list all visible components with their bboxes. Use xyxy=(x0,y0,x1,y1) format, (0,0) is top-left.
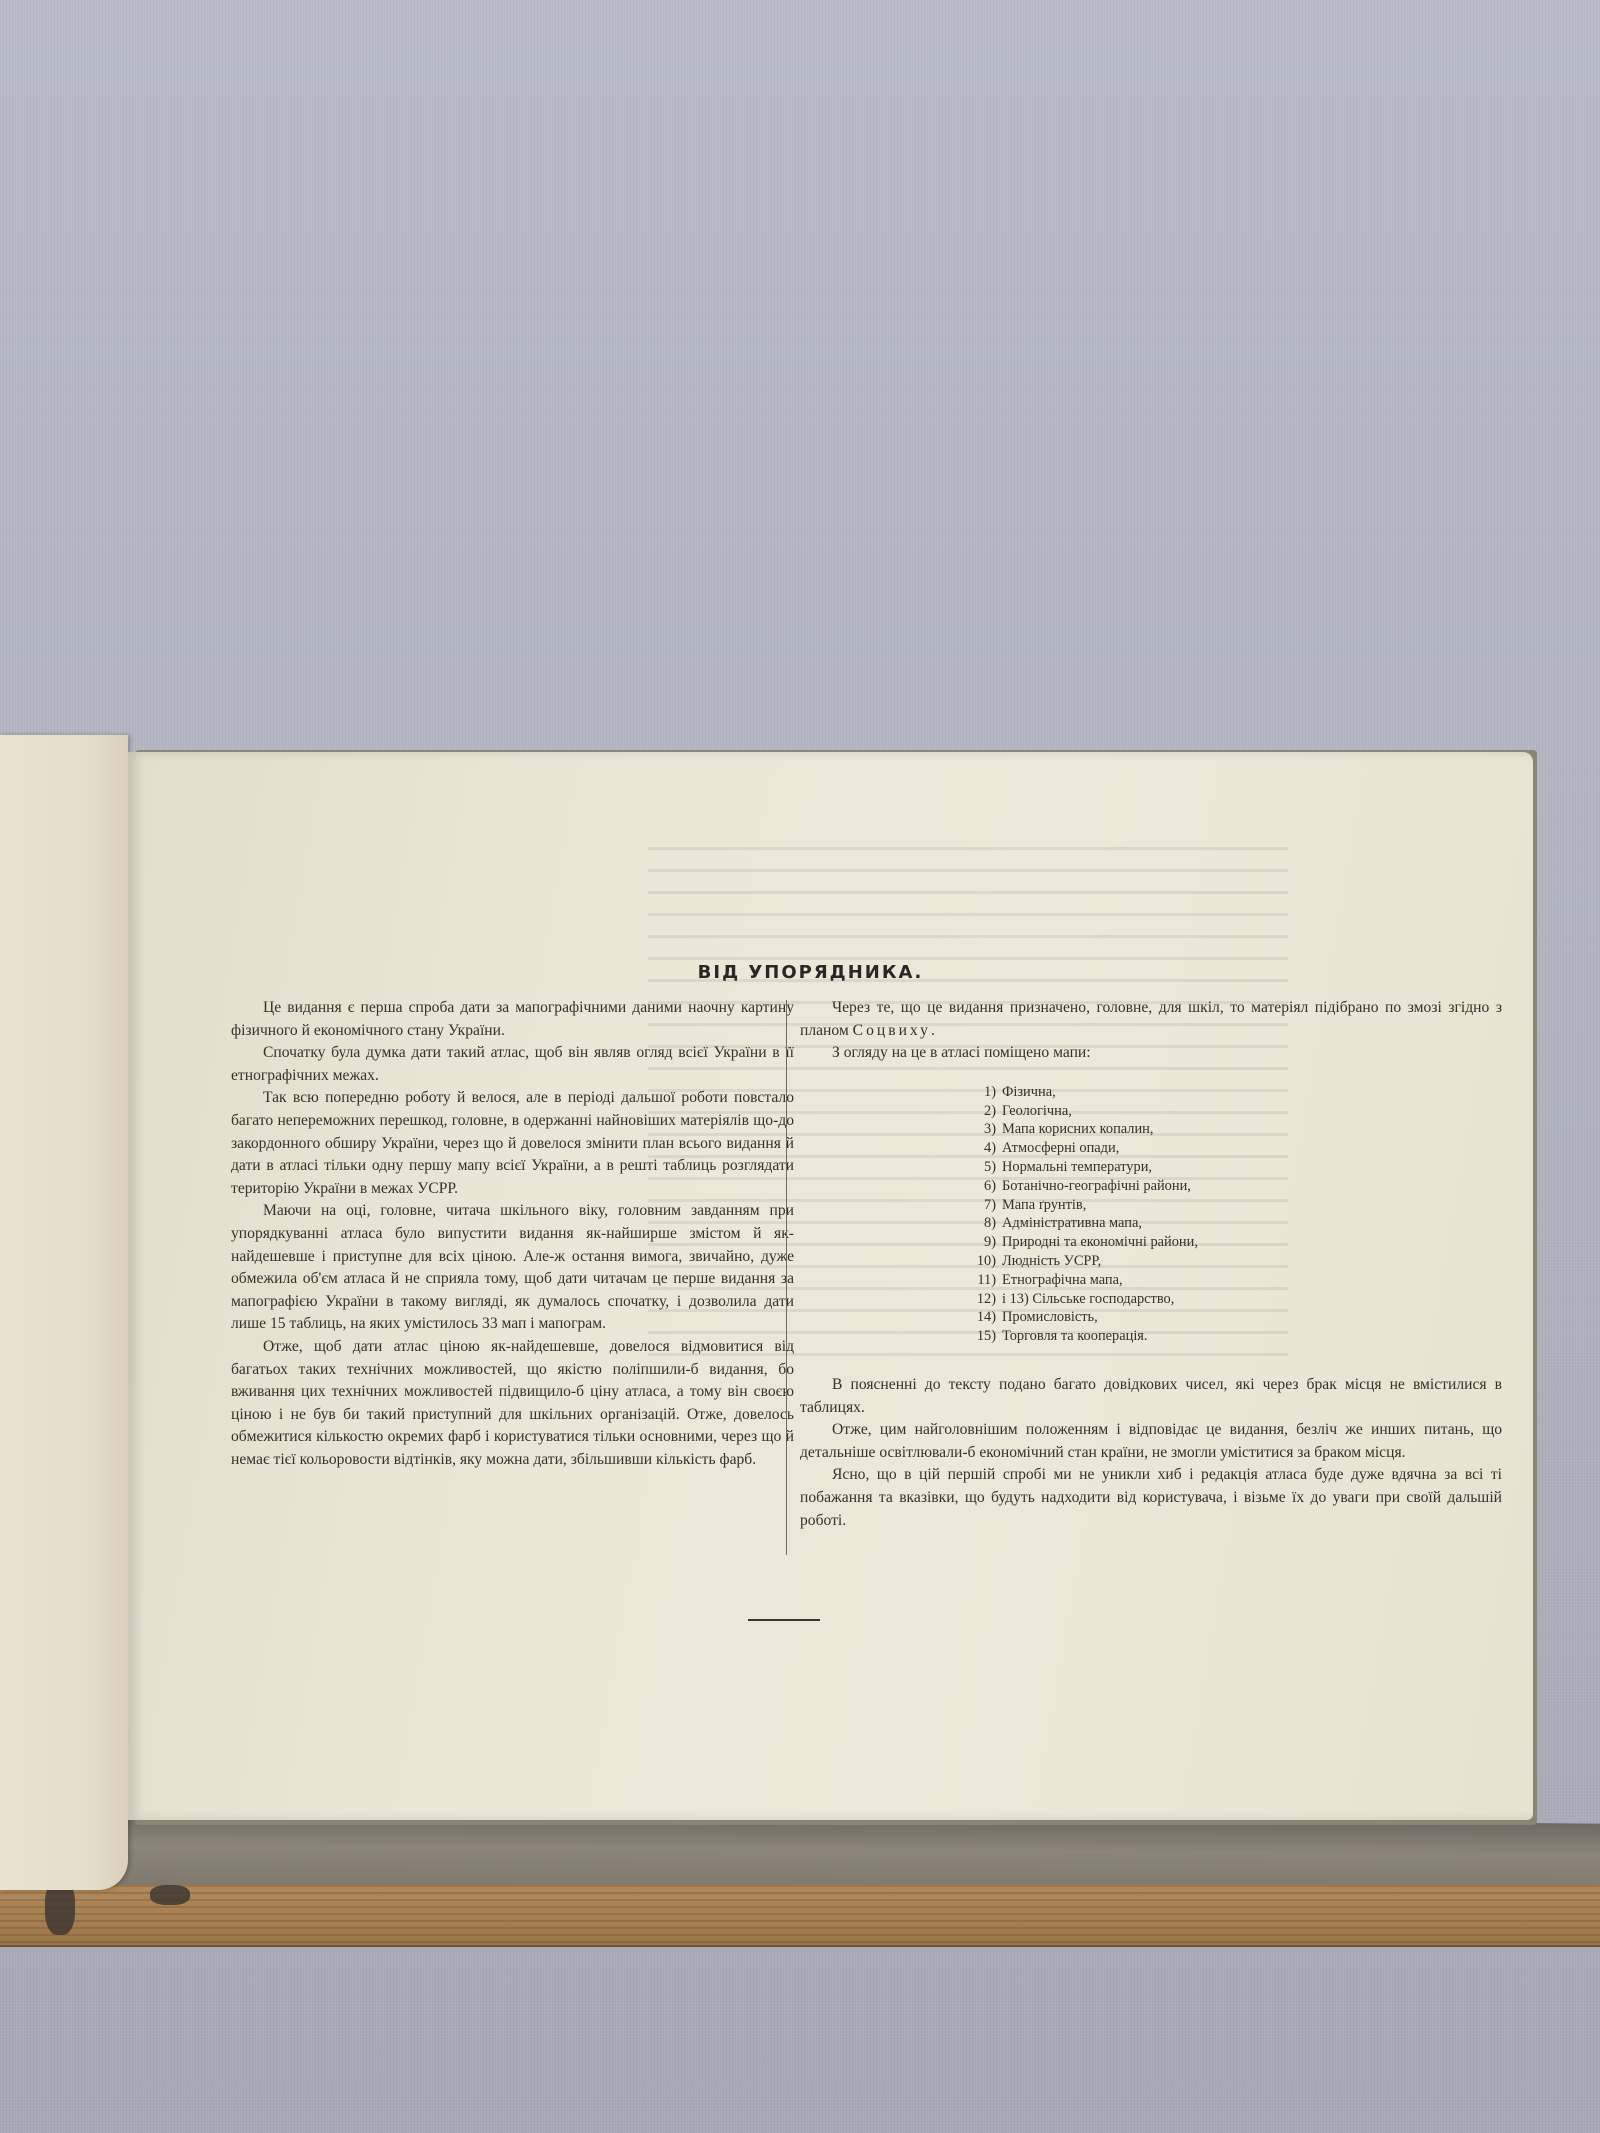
list-item: 8)Адміністративна мапа, xyxy=(950,1214,1502,1233)
intro-paragraph: Через те, що це видання призначено, голо… xyxy=(800,997,1502,1042)
intro-end: . xyxy=(931,1022,935,1039)
paragraph: Отже, цим найголовнішим положенням і від… xyxy=(800,1419,1502,1464)
right-column: Через те, що це видання призначено, голо… xyxy=(800,997,1502,1532)
item-label: Промисловість, xyxy=(1002,1309,1098,1325)
list-item: 5)Нормальні температури, xyxy=(950,1158,1502,1177)
item-label: Ботанічно-географічні райони, xyxy=(1002,1178,1191,1194)
item-number: 12) xyxy=(950,1290,996,1309)
paragraph: Це видання є перша спроба дати за мапогр… xyxy=(231,997,794,1042)
item-label: Атмосферні опади, xyxy=(1002,1140,1119,1156)
list-item: 3)Мапа корисних копалин, xyxy=(950,1120,1502,1139)
item-label: Торговля та кооперація. xyxy=(1002,1328,1148,1344)
left-page-edge xyxy=(0,735,128,1890)
item-number: 9) xyxy=(950,1233,996,1252)
item-number: 4) xyxy=(950,1139,996,1158)
item-label: Етнографічна мапа, xyxy=(1002,1272,1123,1288)
end-rule-divider xyxy=(748,1619,820,1621)
list-item: 1)Фізична, xyxy=(950,1083,1502,1102)
item-label: Фізична, xyxy=(1002,1084,1056,1100)
item-label: Адміністративна мапа, xyxy=(1002,1215,1142,1231)
item-label: і 13) Сільське господарство, xyxy=(1002,1291,1174,1307)
list-item: 10)Людність УСРР, xyxy=(950,1252,1502,1271)
item-number: 10) xyxy=(950,1252,996,1271)
list-item: 9)Природні та економічні райони, xyxy=(950,1233,1502,1252)
paragraph: Отже, щоб дати атлас ціною як-найдешевше… xyxy=(231,1336,794,1472)
item-number: 7) xyxy=(950,1196,996,1215)
item-label: Нормальні температури, xyxy=(1002,1159,1152,1175)
socvykh-emphasis: Соцвиху xyxy=(853,1022,931,1039)
maps-list: 1)Фізична, 2)Геологічна, 3)Мапа корисних… xyxy=(800,1083,1502,1346)
item-label: Людність УСРР, xyxy=(1002,1253,1101,1269)
paragraph: Так всю попередню роботу й велося, але в… xyxy=(231,1087,794,1200)
stain-mark xyxy=(150,1885,190,1905)
item-label: Мапа корисних копалин, xyxy=(1002,1121,1153,1137)
item-label: Мапа ґрунтів, xyxy=(1002,1197,1086,1213)
item-label: Природні та економічні райони, xyxy=(1002,1234,1198,1250)
item-number: 14) xyxy=(950,1308,996,1327)
list-item: 15)Торговля та кооперація. xyxy=(950,1327,1502,1346)
item-number: 3) xyxy=(950,1120,996,1139)
list-item: 7)Мапа ґрунтів, xyxy=(950,1196,1502,1215)
shelf-front-edge xyxy=(0,1885,1600,1947)
list-item: 6)Ботанічно-географічні райони, xyxy=(950,1177,1502,1196)
paragraph: Маючи на оці, головне, читача шкільного … xyxy=(231,1200,794,1336)
maps-lead: З огляду на це в атласі поміщено мапи: xyxy=(800,1042,1502,1065)
page-title: ВІД УПОРЯДНИКА. xyxy=(128,962,1533,983)
column-divider xyxy=(786,1000,787,1555)
item-number: 2) xyxy=(950,1102,996,1121)
item-label: Геологічна, xyxy=(1002,1103,1072,1119)
paragraph: В поясненні до тексту подано багато дові… xyxy=(800,1374,1502,1419)
list-item: 12)і 13) Сільське господарство, xyxy=(950,1290,1502,1309)
book-page: ВІД УПОРЯДНИКА. Це видання є перша спроб… xyxy=(128,752,1533,1820)
item-number: 5) xyxy=(950,1158,996,1177)
paragraph: Спочатку була думка дати такий атлас, що… xyxy=(231,1042,794,1087)
list-item: 4)Атмосферні опади, xyxy=(950,1139,1502,1158)
list-item: 11)Етнографічна мапа, xyxy=(950,1271,1502,1290)
list-item: 14)Промисловість, xyxy=(950,1308,1502,1327)
item-number: 6) xyxy=(950,1177,996,1196)
paragraph: Ясно, що в цій першій спробі ми не уникл… xyxy=(800,1464,1502,1532)
item-number: 8) xyxy=(950,1214,996,1233)
left-column: Це видання є перша спроба дати за мапогр… xyxy=(231,997,794,1471)
item-number: 11) xyxy=(950,1271,996,1290)
list-item: 2)Геологічна, xyxy=(950,1102,1502,1121)
item-number: 1) xyxy=(950,1083,996,1102)
item-number: 15) xyxy=(950,1327,996,1346)
